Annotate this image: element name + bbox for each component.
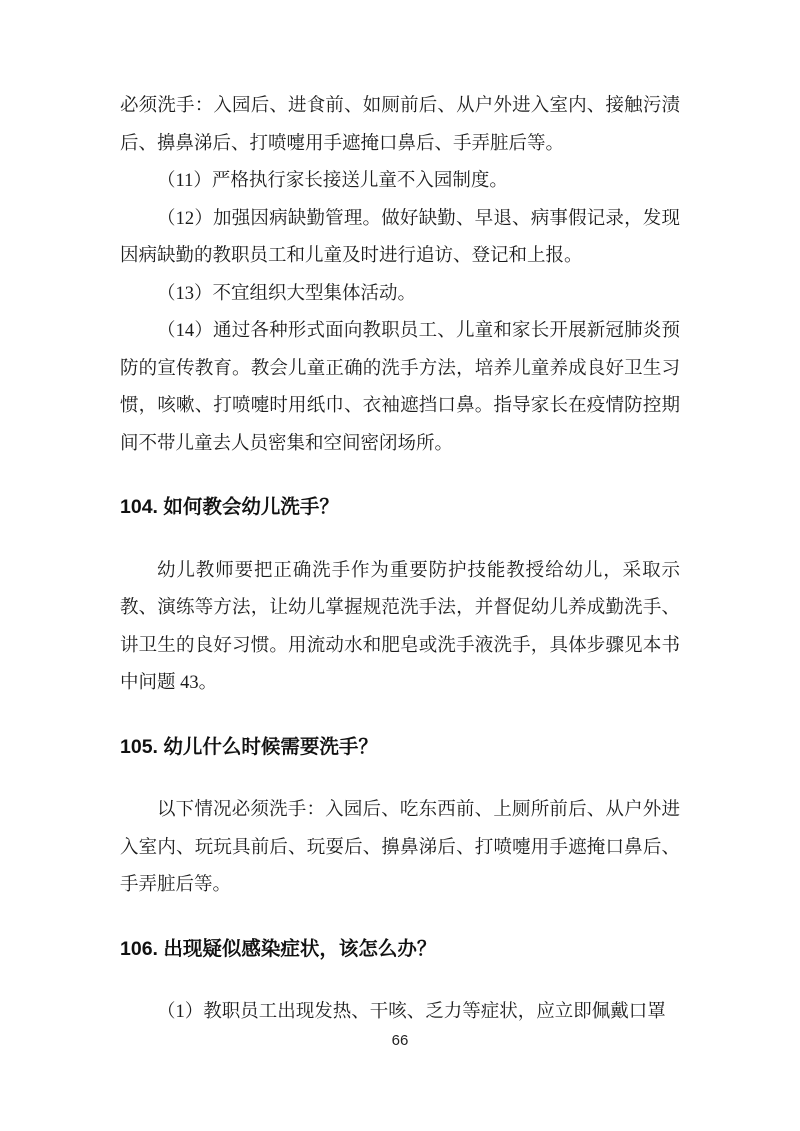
- section-heading-105: 105. 幼儿什么时候需要洗手？: [120, 729, 680, 767]
- continuation-paragraph: 必须洗手：入园后、进食前、如厕前后、从户外进入室内、接触污渍后、擤鼻涕后、打喷嚏…: [120, 88, 680, 163]
- section-body-104: 幼儿教师要把正确洗手作为重要防护技能教授给幼儿，采取示教、演练等方法，让幼儿掌握…: [120, 553, 680, 703]
- page-number: 66: [0, 1032, 800, 1049]
- section-heading-104: 104. 如何教会幼儿洗手？: [120, 489, 680, 527]
- list-item-12: （12）加强因病缺勤管理。做好缺勤、早退、病事假记录，发现因病缺勤的教职员工和儿…: [120, 201, 680, 276]
- section-body-105: 以下情况必须洗手：入园后、吃东西前、上厕所前后、从户外进入室内、玩玩具前后、玩耍…: [120, 792, 680, 905]
- section-heading-106: 106. 出现疑似感染症状，该怎么办？: [120, 931, 680, 969]
- section-106: 106. 出现疑似感染症状，该怎么办？ （1）教职员工出现发热、干咳、乏力等症状…: [120, 931, 680, 1032]
- section-105: 105. 幼儿什么时候需要洗手？ 以下情况必须洗手：入园后、吃东西前、上厕所前后…: [120, 729, 680, 905]
- section-body-106: （1）教职员工出现发热、干咳、乏力等症状，应立即佩戴口罩: [120, 994, 680, 1032]
- text-content-area: 必须洗手：入园后、进食前、如厕前后、从户外进入室内、接触污渍后、擤鼻涕后、打喷嚏…: [120, 88, 680, 1032]
- list-item-14: （14）通过各种形式面向教职员工、儿童和家长开展新冠肺炎预防的宣传教育。教会儿童…: [120, 313, 680, 463]
- document-page: 必须洗手：入园后、进食前、如厕前后、从户外进入室内、接触污渍后、擤鼻涕后、打喷嚏…: [0, 0, 800, 1131]
- list-item-13: （13）不宜组织大型集体活动。: [120, 276, 680, 314]
- list-item-11: （11）严格执行家长接送儿童不入园制度。: [120, 163, 680, 201]
- section-104: 104. 如何教会幼儿洗手？ 幼儿教师要把正确洗手作为重要防护技能教授给幼儿，采…: [120, 489, 680, 703]
